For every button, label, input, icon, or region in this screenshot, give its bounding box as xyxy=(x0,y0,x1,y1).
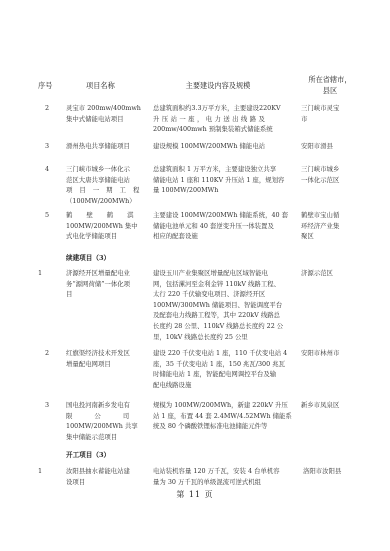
content-line: 主要建设 100MW/200MWh 储能系统，40 套 xyxy=(153,210,291,221)
location-line: 安阳市滑县 xyxy=(301,141,361,152)
content-line: 配电线路设施 xyxy=(153,380,291,391)
name-line: 红旗渠经济技术开发区 xyxy=(66,348,142,359)
name-line: 三门峡市城乡一体化示 xyxy=(66,164,142,175)
row-content: 建设规模 100MW/200MWh 储能电站 xyxy=(153,141,291,152)
row-location: 安阳市滑县 xyxy=(301,141,361,152)
name-line: 滑州热电共享储能项目 xyxy=(66,141,142,152)
row-name: 济源经开区增量配电业 务“源网荷储”一体化项 目 xyxy=(66,268,142,300)
row-name: 汝阳县抽水蓄能电站建 设项目 xyxy=(66,466,142,487)
content-line: 相应的配套设施 xyxy=(153,231,291,242)
row-location: 鹤壁市宝山循 环经济产业集 聚区 xyxy=(301,210,361,242)
name-line: 100MW/200MWh 共享 xyxy=(66,421,142,432)
name-line: 汝阳县抽水蓄能电站建 xyxy=(66,466,142,477)
location-line: 三门峡市城乡 xyxy=(301,164,361,175)
row-seq: 1 xyxy=(38,466,52,477)
name-line: 济源经开区增量配电业 xyxy=(66,268,142,279)
row-content: 规模为 100MW/200MWh，新建 220kV 升压 站 1 座，布置 44… xyxy=(153,400,291,432)
content-line: 网，包括漯河至金利金锌 110kV 线路工程、 xyxy=(153,279,291,290)
row-content: 总建筑面积 1 万平方米，主要建设独立共享 储能电站 1 座和 110KV 升压… xyxy=(153,164,291,196)
name-line: （100MW/200MWh） xyxy=(66,196,142,207)
location-line: 安阳市林州市 xyxy=(301,348,361,359)
row-location: 三门峡市灵宝 市 xyxy=(301,103,361,124)
name-line: 项目一期工程 xyxy=(66,185,142,196)
name-line: 国电投河南新乡发电有 xyxy=(66,400,142,411)
row-content: 主要建设 100MW/200MWh 储能系统，40 套 储能电池单元和 40 套… xyxy=(153,210,291,242)
page-number: 第 11 页 xyxy=(0,489,390,500)
section-heading-started: 开工项目（3） xyxy=(66,449,110,459)
content-line: 站 1 座，布置 44 套 2.4MW/4.52MWh 储能系 xyxy=(153,411,291,422)
header-location-line2: 县区 xyxy=(298,85,362,96)
name-line: 限公司 xyxy=(66,411,142,422)
header-seq: 序号 xyxy=(38,80,52,91)
name-line: 务“源网荷储”一体化项 xyxy=(66,279,142,290)
row-name: 滑州热电共享储能项目 xyxy=(66,141,142,152)
content-line: 升压站一座，电力送出线路及 xyxy=(153,114,291,125)
name-line: 增量配电网项目 xyxy=(66,359,142,370)
content-line: 100MW/300MWh 储能项目、智能调度平台 xyxy=(153,300,291,311)
name-line: 目 xyxy=(66,289,142,300)
content-line: 储能电站 1 座和 110KV 升压站 1 座，规划容 xyxy=(153,175,291,186)
content-line: 规模为 100MW/200MWh，新建 220kV 升压 xyxy=(153,400,291,411)
name-line: 集中式储能电站项目 xyxy=(66,114,142,125)
row-seq: 3 xyxy=(45,141,59,152)
row-name: 灵宝市 200mw/400mwh 集中式储能电站项目 xyxy=(66,103,142,124)
row-name: 国电投河南新乡发电有 限公司 100MW/200MWh 共享 集中储能示范项目 xyxy=(66,400,142,442)
header-name: 项目名称 xyxy=(86,80,115,91)
row-location: 新乡市凤泉区 xyxy=(301,400,361,411)
row-location: 洛阳市汝阳县 xyxy=(303,466,363,477)
content-line: 里，10kV 线路总长度约 25 公里 xyxy=(153,332,291,343)
content-line: 太行 220 千伏输变电项目、济源经开区 xyxy=(153,289,291,300)
name-line: 100MW/200MWh 集中 xyxy=(66,221,142,232)
row-location: 济源示范区 xyxy=(301,268,361,279)
row-location: 安阳市林州市 xyxy=(301,348,361,359)
row-content: 建设 220 千伏变电站 1 座，110 千伏变电站 4 座，35 千伏变电站 … xyxy=(153,348,291,390)
content-line: 储能电池单元和 40 套逆变升压一体装置及 xyxy=(153,221,291,232)
row-seq: 2 xyxy=(45,348,59,359)
content-line: 统及 80 个磷酸铁锂标准电池储能元件等 xyxy=(153,421,291,432)
row-content: 总建筑面积约3.3万平方米，主要建设220KV 升压站一座，电力送出线路及 20… xyxy=(153,103,291,135)
location-line: 济源示范区 xyxy=(301,268,361,279)
content-line: 建设玉川产业集聚区增量配电区域智能电 xyxy=(153,268,291,279)
content-line: 建设规模 100MW/200MWh 储能电站 xyxy=(153,141,291,152)
location-line: 鹤壁市宝山循 xyxy=(301,210,361,221)
row-seq: 4 xyxy=(45,164,59,175)
content-line: 及配套电力线路工程等，其中 220kV 线路总 xyxy=(153,310,291,321)
row-location: 三门峡市城乡 一体化示范区 xyxy=(301,164,361,185)
section-heading-continued: 续建项目（3） xyxy=(66,252,110,262)
name-line: 范区大唐共享储能电站 xyxy=(66,175,142,186)
content-line: 量为 30 万千瓦的单级混流可逆式机组 xyxy=(153,477,291,488)
location-line: 聚区 xyxy=(301,231,361,242)
location-line: 三门峡市灵宝 xyxy=(301,103,361,114)
content-line: 长度约 28 公里、110kV 线路总长度约 22 公 xyxy=(153,321,291,332)
row-seq: 3 xyxy=(45,400,59,411)
content-line: 时储能电站 1 座，智能配电网调控平台及输 xyxy=(153,369,291,380)
location-line: 新乡市凤泉区 xyxy=(301,400,361,411)
row-name: 红旗渠经济技术开发区 增量配电网项目 xyxy=(66,348,142,369)
row-name: 鹤壁鹤淇 100MW/200MWh 集中 式电化学储能项目 xyxy=(66,210,142,242)
location-line: 市 xyxy=(301,114,361,125)
location-line: 洛阳市汝阳县 xyxy=(303,466,363,477)
content-line: 座，35 千伏变电站 1 座，150 兆瓦/300 兆瓦 xyxy=(153,359,291,370)
content-line: 量 100MW/200MWh xyxy=(153,185,291,196)
content-line: 总建筑面积约3.3万平方米，主要建设220KV xyxy=(153,103,291,114)
row-content: 电站装机容量 120 万千瓦，安装 4 台单机容 量为 30 万千瓦的单级混流可… xyxy=(153,466,291,487)
header-content: 主要建设内容及规模 xyxy=(158,80,278,91)
location-line: 一体化示范区 xyxy=(301,175,361,186)
location-line: 环经济产业集 xyxy=(301,221,361,232)
row-seq: 5 xyxy=(45,210,59,221)
name-line: 设项目 xyxy=(66,477,142,488)
content-line: 建设 220 千伏变电站 1 座，110 千伏变电站 4 xyxy=(153,348,291,359)
header-location-line1: 所在省辖市， xyxy=(298,74,362,85)
row-seq: 1 xyxy=(38,268,52,279)
name-line: 集中储能示范项目 xyxy=(66,432,142,443)
name-line: 式电化学储能项目 xyxy=(66,231,142,242)
name-line: 灵宝市 200mw/400mwh xyxy=(66,103,142,114)
content-line: 总建筑面积 1 万平方米，主要建设独立共享 xyxy=(153,164,291,175)
row-seq: 2 xyxy=(45,103,59,114)
row-content: 建设玉川产业集聚区增量配电区域智能电 网，包括漯河至金利金锌 110kV 线路工… xyxy=(153,268,291,342)
row-name: 三门峡市城乡一体化示 范区大唐共享储能电站 项目一期工程 （100MW/200M… xyxy=(66,164,142,206)
name-line: 鹤壁鹤淇 xyxy=(66,210,142,221)
content-line: 200mw/400mwh 预制集装箱式储能系统 xyxy=(153,124,291,135)
document-page: 序号 项目名称 主要建设内容及规模 所在省辖市， 县区 2 灵宝市 200mw/… xyxy=(0,0,390,551)
content-line: 电站装机容量 120 万千瓦，安装 4 台单机容 xyxy=(153,466,291,477)
